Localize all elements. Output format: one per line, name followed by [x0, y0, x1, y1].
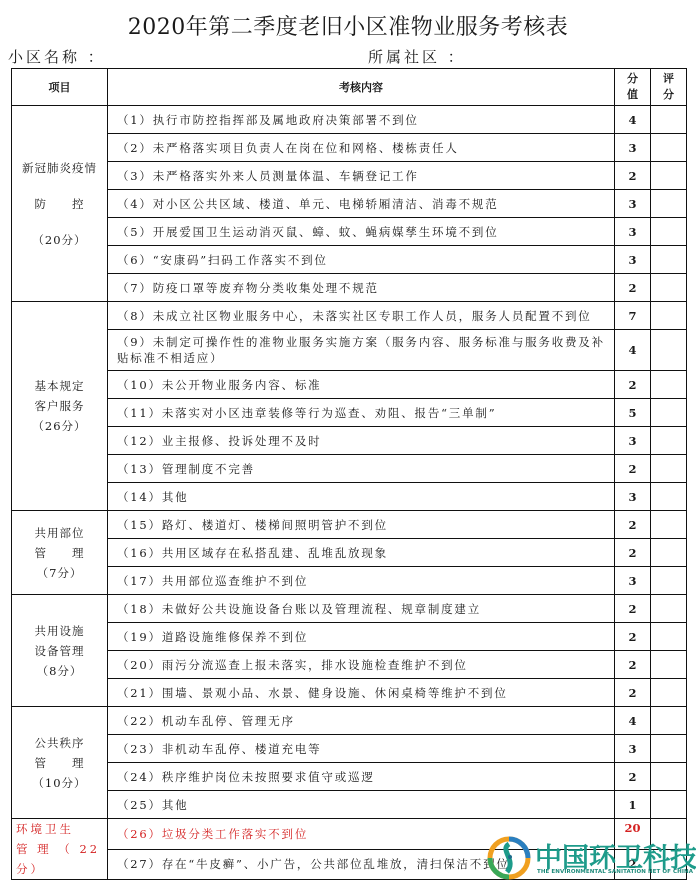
assessment-content: （8）未成立社区物业服务中心，未落实社区专职工作人员，服务人员配置不到位: [108, 302, 615, 330]
category-label-line: 基本规定: [12, 376, 107, 396]
assessment-content: （23）非机动车乱停、楼道充电等: [108, 735, 615, 763]
table-row: （20）雨污分流巡查上报未落实，排水设施检查维护不到位2: [12, 651, 687, 679]
score-value: 2: [615, 623, 651, 651]
score-value: 2: [615, 162, 651, 190]
table-row: （25）其他1: [12, 791, 687, 819]
grade-input-cell[interactable]: [651, 539, 687, 567]
score-value: 2: [615, 763, 651, 791]
table-row: （9）未制定可操作性的准物业服务实施方案（服务内容、服务标准与服务收费及补贴标准…: [12, 330, 687, 371]
table-row: （24）秩序维护岗位未按照要求值守或巡逻2: [12, 763, 687, 791]
table-row: （6）“安康码”扫码工作落实不到位3: [12, 246, 687, 274]
assessment-content: （10）未公开物业服务内容、标准: [108, 371, 615, 399]
assessment-content: （18）未做好公共设施设备台账以及管理流程、规章制度建立: [108, 595, 615, 623]
score-value: 3: [615, 134, 651, 162]
category-label-line: 环境卫生: [16, 819, 107, 839]
header-item: 项目: [12, 69, 108, 106]
grade-input-cell[interactable]: [651, 274, 687, 302]
grade-input-cell[interactable]: [651, 162, 687, 190]
grade-input-cell[interactable]: [651, 623, 687, 651]
score-value: 4: [615, 707, 651, 735]
assessment-content: （22）机动车乱停、管理无序: [108, 707, 615, 735]
category-label-line: 防 控: [12, 186, 107, 222]
table-row: （17）共用部位巡查维护不到位3: [12, 567, 687, 595]
assessment-content: （1）执行市防控指挥部及属地政府决策部署不到位: [108, 106, 615, 134]
header-score-line2: 值: [627, 88, 638, 101]
category-label-line: （26分）: [12, 416, 107, 436]
assessment-content: （21）围墙、景观小品、水景、健身设施、休闲桌椅等维护不到位: [108, 679, 615, 707]
assessment-content: （19）道路设施维修保养不到位: [108, 623, 615, 651]
score-value: 2: [615, 274, 651, 302]
assessment-content: （4）对小区公共区域、楼道、单元、电梯轿厢清洁、消毒不规范: [108, 190, 615, 218]
assessment-content: （14）其他: [108, 483, 615, 511]
header-content: 考核内容: [108, 69, 615, 106]
table-row: 公共秩序管 理（10分）（22）机动车乱停、管理无序4: [12, 707, 687, 735]
table-row: （12）业主报修、投诉处理不及时3: [12, 427, 687, 455]
watermark: 中国环卫科技网 THE ENVIRONMENTAL SANITATION NET…: [487, 834, 692, 884]
grade-input-cell[interactable]: [651, 134, 687, 162]
table-row: （10）未公开物业服务内容、标准2: [12, 371, 687, 399]
category-cell: 基本规定客户服务（26分）: [12, 302, 108, 511]
score-value: 7: [615, 302, 651, 330]
category-label-line: 公共秩序: [12, 733, 107, 753]
district-label: 所属社区 ：: [368, 46, 466, 67]
assessment-table: 项目 考核内容 分 值 评 分 新冠肺炎疫情防 控（20分）（1）执行市防控指挥…: [11, 68, 687, 880]
score-value: 2: [615, 371, 651, 399]
score-value: 3: [615, 735, 651, 763]
grade-input-cell[interactable]: [651, 371, 687, 399]
category-label-line: （20分）: [12, 222, 107, 258]
score-value: 3: [615, 218, 651, 246]
grade-input-cell[interactable]: [651, 679, 687, 707]
grade-input-cell[interactable]: [651, 735, 687, 763]
table-row: （11）未落实对小区违章装修等行为巡查、劝阻、报告“三单制”5: [12, 399, 687, 427]
assessment-content: （6）“安康码”扫码工作落实不到位: [108, 246, 615, 274]
table-row: （7）防疫口罩等废弃物分类收集处理不规范2: [12, 274, 687, 302]
assessment-content: （7）防疫口罩等废弃物分类收集处理不规范: [108, 274, 615, 302]
table-row: （21）围墙、景观小品、水景、健身设施、休闲桌椅等维护不到位2: [12, 679, 687, 707]
grade-input-cell[interactable]: [651, 330, 687, 371]
assessment-content: （3）未严格落实外来人员测量体温、车辆登记工作: [108, 162, 615, 190]
table-row: （19）道路设施维修保养不到位2: [12, 623, 687, 651]
document-title: 2020年第二季度老旧小区准物业服务考核表: [0, 10, 696, 41]
grade-input-cell[interactable]: [651, 218, 687, 246]
table-row: （3）未严格落实外来人员测量体温、车辆登记工作2: [12, 162, 687, 190]
category-label-line: （7分）: [12, 563, 107, 583]
score-value: 2: [615, 539, 651, 567]
table-row: （4）对小区公共区域、楼道、单元、电梯轿厢清洁、消毒不规范3: [12, 190, 687, 218]
score-value: 4: [615, 106, 651, 134]
table-row: 共用设施设备管理（8分）（18）未做好公共设施设备台账以及管理流程、规章制度建立…: [12, 595, 687, 623]
grade-input-cell[interactable]: [651, 399, 687, 427]
table-row: （5）开展爱国卫生运动消灭鼠、蟑、蚊、蝇病媒孳生环境不到位3: [12, 218, 687, 246]
header-score-line1: 分: [627, 72, 638, 85]
assessment-content: （13）管理制度不完善: [108, 455, 615, 483]
grade-input-cell[interactable]: [651, 106, 687, 134]
table-row: （14）其他3: [12, 483, 687, 511]
assessment-content: （12）业主报修、投诉处理不及时: [108, 427, 615, 455]
table-row: 新冠肺炎疫情防 控（20分）（1）执行市防控指挥部及属地政府决策部署不到位4: [12, 106, 687, 134]
grade-input-cell[interactable]: [651, 483, 687, 511]
category-label-line: 客户服务: [12, 396, 107, 416]
category-label-line: 新冠肺炎疫情: [12, 150, 107, 186]
score-value: 3: [615, 190, 651, 218]
category-cell: 新冠肺炎疫情防 控（20分）: [12, 106, 108, 302]
category-cell: 共用设施设备管理（8分）: [12, 595, 108, 707]
score-value: 3: [615, 427, 651, 455]
score-value: 2: [615, 679, 651, 707]
table-row: （2）未严格落实项目负责人在岗在位和网格、楼栋责任人3: [12, 134, 687, 162]
score-value: 2: [615, 511, 651, 539]
grade-input-cell[interactable]: [651, 791, 687, 819]
header-grade: 评 分: [651, 69, 687, 106]
grade-input-cell[interactable]: [651, 302, 687, 330]
header-grade-line1: 评: [663, 72, 674, 85]
category-cell: 环境卫生管 理 （ 22分）: [12, 819, 108, 880]
grade-input-cell[interactable]: [651, 190, 687, 218]
score-value: 2: [615, 651, 651, 679]
score-value: 2: [615, 455, 651, 483]
assessment-content: （15）路灯、楼道灯、楼梯间照明管护不到位: [108, 511, 615, 539]
assessment-content: （16）共用区域存在私搭乱建、乱堆乱放现象: [108, 539, 615, 567]
table-row: （13）管理制度不完善2: [12, 455, 687, 483]
score-value: 5: [615, 399, 651, 427]
assessment-content: （17）共用部位巡查维护不到位: [108, 567, 615, 595]
header-score: 分 值: [615, 69, 651, 106]
table-row: （16）共用区域存在私搭乱建、乱堆乱放现象2: [12, 539, 687, 567]
assessment-content: （9）未制定可操作性的准物业服务实施方案（服务内容、服务标准与服务收费及补贴标准…: [108, 330, 615, 371]
category-label-line: 共用部位: [12, 523, 107, 543]
category-label-line: 管 理: [12, 543, 107, 563]
watermark-subtitle: THE ENVIRONMENTAL SANITATION NET OF CHIN…: [537, 869, 693, 875]
score-value: 3: [615, 567, 651, 595]
category-cell: 公共秩序管 理（10分）: [12, 707, 108, 819]
grade-input-cell[interactable]: [651, 511, 687, 539]
assessment-content: （25）其他: [108, 791, 615, 819]
grade-input-cell[interactable]: [651, 763, 687, 791]
grade-input-cell[interactable]: [651, 707, 687, 735]
category-label-line: 管 理: [12, 753, 107, 773]
category-label-line: 分）: [16, 859, 107, 879]
table-row: 基本规定客户服务（26分）（8）未成立社区物业服务中心，未落实社区专职工作人员，…: [12, 302, 687, 330]
watermark-logo-icon: [487, 836, 531, 880]
table-row: （23）非机动车乱停、楼道充电等3: [12, 735, 687, 763]
category-label-line: （8分）: [12, 661, 107, 681]
table-body: 新冠肺炎疫情防 控（20分）（1）执行市防控指挥部及属地政府决策部署不到位4（2…: [12, 106, 687, 880]
header-grade-line2: 分: [663, 88, 674, 101]
assessment-content: （11）未落实对小区违章装修等行为巡查、劝阻、报告“三单制”: [108, 399, 615, 427]
score-value: 4: [615, 330, 651, 371]
score-value: 2: [615, 595, 651, 623]
score-value: 3: [615, 246, 651, 274]
category-cell: 共用部位管 理（7分）: [12, 511, 108, 595]
table-header-row: 项目 考核内容 分 值 评 分: [12, 69, 687, 106]
grade-input-cell[interactable]: [651, 246, 687, 274]
category-label-line: 管 理 （ 22: [16, 839, 107, 859]
category-label-line: （10分）: [12, 773, 107, 793]
score-value: 1: [615, 791, 651, 819]
grade-input-cell[interactable]: [651, 567, 687, 595]
assessment-content: （24）秩序维护岗位未按照要求值守或巡逻: [108, 763, 615, 791]
category-label-line: 设备管理: [12, 641, 107, 661]
assessment-content: （2）未严格落实项目负责人在岗在位和网格、楼栋责任人: [108, 134, 615, 162]
table-row: 共用部位管 理（7分）（15）路灯、楼道灯、楼梯间照明管护不到位2: [12, 511, 687, 539]
score-value: 3: [615, 483, 651, 511]
community-name-label: 小区名称 ：: [8, 46, 106, 67]
assessment-content: （20）雨污分流巡查上报未落实，排水设施检查维护不到位: [108, 651, 615, 679]
grade-input-cell[interactable]: [651, 595, 687, 623]
grade-input-cell[interactable]: [651, 427, 687, 455]
grade-input-cell[interactable]: [651, 455, 687, 483]
category-label-line: 共用设施: [12, 621, 107, 641]
assessment-content: （5）开展爱国卫生运动消灭鼠、蟑、蚊、蝇病媒孳生环境不到位: [108, 218, 615, 246]
grade-input-cell[interactable]: [651, 651, 687, 679]
